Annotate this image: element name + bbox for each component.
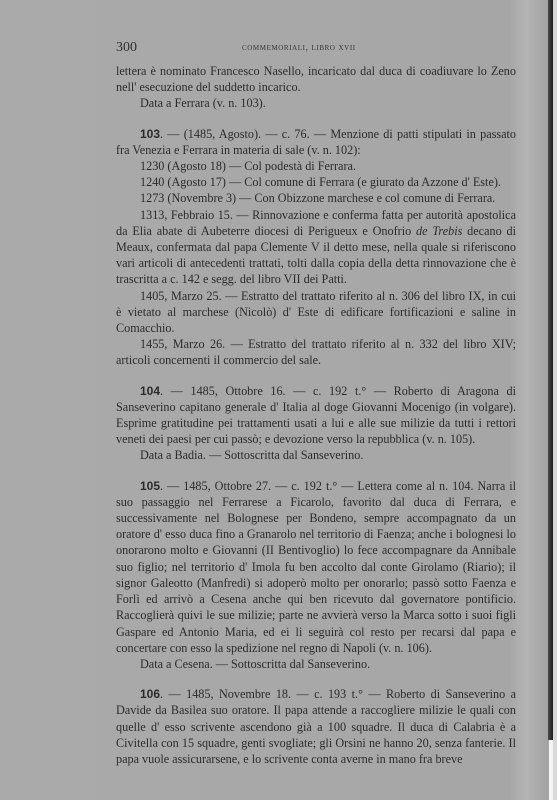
paragraph: lettera è nominato Francesco Nasello, in… <box>116 63 516 95</box>
entry-number: 105 <box>140 479 160 493</box>
italic-name: de Trebis <box>416 224 462 238</box>
entry-spacer <box>116 464 516 478</box>
paragraph-text: 1240 (Agosto 17) — Col comune di Ferrara… <box>140 175 501 189</box>
entry-number: 104 <box>140 384 160 398</box>
entry-paragraph: 105. — 1485, Ottobre 27. — c. 192 t.° — … <box>116 478 516 656</box>
paragraph-text: Data a Ferrara (v. n. 103). <box>140 96 266 110</box>
paragraph-text: . — 1485, Novembre 18. — c. 193 t.° — Ro… <box>116 687 516 766</box>
paragraph-text: lettera è nominato Francesco Nasello, in… <box>116 64 516 94</box>
paragraph: Data a Badia. — Sottoscritta dal Sanseve… <box>116 447 516 463</box>
paragraph-text: 1273 (Novembre 3) — Con Obizzone marches… <box>140 191 495 205</box>
entry-spacer <box>116 369 516 383</box>
paragraph-text: . — 1485, Ottobre 16. — c. 192 t.° — Rob… <box>116 384 516 447</box>
entry-number: 103 <box>140 127 160 141</box>
paragraph-text: Data a Badia. — Sottoscritta dal Sanseve… <box>140 448 363 462</box>
entry-paragraph: 104. — 1485, Ottobre 16. — c. 192 t.° — … <box>116 383 516 448</box>
paragraph: 1240 (Agosto 17) — Col comune di Ferrara… <box>116 174 516 190</box>
scan-border <box>553 0 557 800</box>
entry-paragraph: 106. — 1485, Novembre 18. — c. 193 t.° —… <box>116 686 516 767</box>
paragraph-text: Data a Cesena. — Sottoscritta dal Sansev… <box>140 657 370 671</box>
paragraph: Data a Ferrara (v. n. 103). <box>116 95 516 111</box>
paragraph: 1455, Marzo 26. — Estratto del trattato … <box>116 336 516 368</box>
paragraph-text: 1405, Marzo 25. — Estratto del trattato … <box>116 289 516 335</box>
paragraph: 1313, Febbraio 15. — Rinnovazione e conf… <box>116 207 516 288</box>
paragraph-text: . — 1485, Ottobre 27. — c. 192 t.° — Let… <box>116 479 516 655</box>
paragraph: 1273 (Novembre 3) — Con Obizzone marches… <box>116 190 516 206</box>
page-number: 300 <box>116 40 137 56</box>
paragraph-text: 1455, Marzo 26. — Estratto del trattato … <box>116 337 516 367</box>
paragraph-text: . — (1485, Agosto). — c. 76. — Menzione … <box>116 127 516 157</box>
page-header: 300 COMMEMORIALI, LIBRO XVII <box>116 40 516 56</box>
entry-paragraph: 103. — (1485, Agosto). — c. 76. — Menzio… <box>116 126 516 158</box>
entry-number: 106 <box>140 687 160 701</box>
paragraph-text: 1230 (Agosto 18) — Col podestà di Ferrar… <box>140 159 356 173</box>
entry-spacer <box>116 672 516 686</box>
paragraph: Data a Cesena. — Sottoscritta dal Sansev… <box>116 656 516 672</box>
running-head: COMMEMORIALI, LIBRO XVII <box>242 43 356 53</box>
body-text: lettera è nominato Francesco Nasello, in… <box>116 63 516 767</box>
entry-spacer <box>116 112 516 126</box>
paragraph: 1405, Marzo 25. — Estratto del trattato … <box>116 288 516 337</box>
paragraph: 1230 (Agosto 18) — Col podestà di Ferrar… <box>116 158 516 174</box>
